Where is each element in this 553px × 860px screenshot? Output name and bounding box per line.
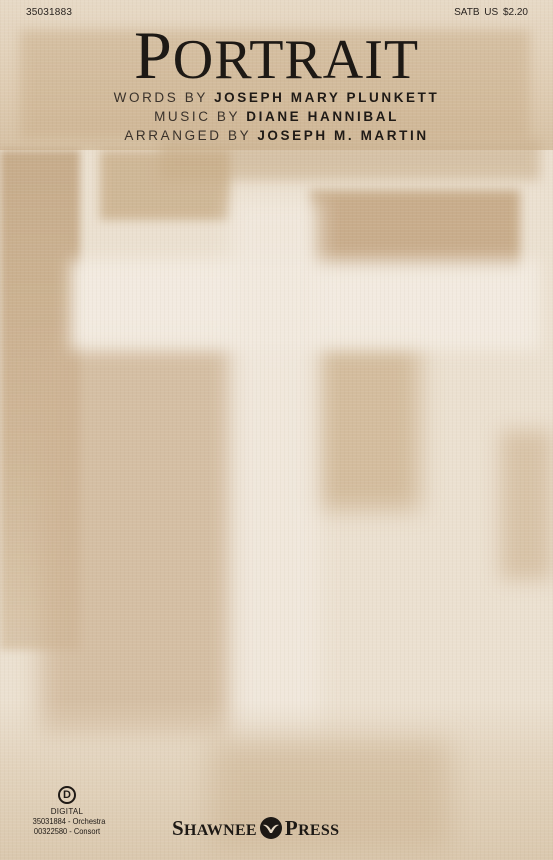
publisher-word-press: PRESS: [285, 816, 339, 841]
credit-role: WORDS BY: [114, 90, 208, 105]
credit-name: JOSEPH M. MARTIN: [257, 128, 428, 143]
publisher-logo: SHAWNEE PRESS: [172, 813, 339, 843]
watercolor-wash: [500, 430, 553, 580]
watercolor-wash: [160, 140, 540, 180]
publisher-initial: P: [285, 816, 298, 840]
publisher-rest: RESS: [298, 822, 339, 839]
watercolor-wash: [0, 150, 80, 650]
credit-arranged: ARRANGED BY JOSEPH M. MARTIN: [0, 126, 553, 145]
voicing-price: SATB US $2.20: [454, 7, 528, 18]
cross-highlight-vertical: [230, 200, 320, 820]
watercolor-wash: [310, 340, 420, 510]
catalog-number: 35031883: [26, 7, 72, 18]
sheet-music-cover: 35031883 SATB US $2.20 PORTRAIT WORDS BY…: [0, 0, 553, 860]
watercolor-wash: [40, 340, 240, 740]
credit-name: JOSEPH MARY PLUNKETT: [214, 90, 439, 105]
credit-music: MUSIC BY DIANE HANNIBAL: [0, 107, 553, 126]
digital-product-line: 35031884 - Orchestra: [33, 816, 102, 826]
title-initial: P: [134, 17, 173, 93]
publisher-word-shawnee: SHAWNEE: [172, 816, 257, 841]
publisher-initial: S: [172, 816, 184, 840]
digital-label: DIGITAL: [28, 807, 106, 816]
publisher-rest: HAWNEE: [184, 822, 257, 839]
dove-icon: [259, 816, 283, 840]
page-title: PORTRAIT: [0, 20, 553, 95]
credit-role: ARRANGED BY: [124, 128, 251, 143]
title-rest: ORTRAIT: [173, 29, 419, 91]
credit-name: DIANE HANNIBAL: [246, 109, 399, 124]
digital-product-line: 00322580 - Consort: [33, 826, 102, 836]
watercolor-wash: [310, 190, 520, 275]
digital-info: D DIGITAL 35031884 - Orchestra 00322580 …: [28, 785, 106, 836]
credit-role: MUSIC BY: [154, 109, 240, 124]
credit-words: WORDS BY JOSEPH MARY PLUNKETT: [0, 88, 553, 107]
watercolor-wash: [100, 150, 230, 220]
cross-highlight-horizontal: [70, 260, 540, 350]
digital-icon: D: [58, 786, 76, 804]
credits: WORDS BY JOSEPH MARY PLUNKETT MUSIC BY D…: [0, 88, 553, 145]
